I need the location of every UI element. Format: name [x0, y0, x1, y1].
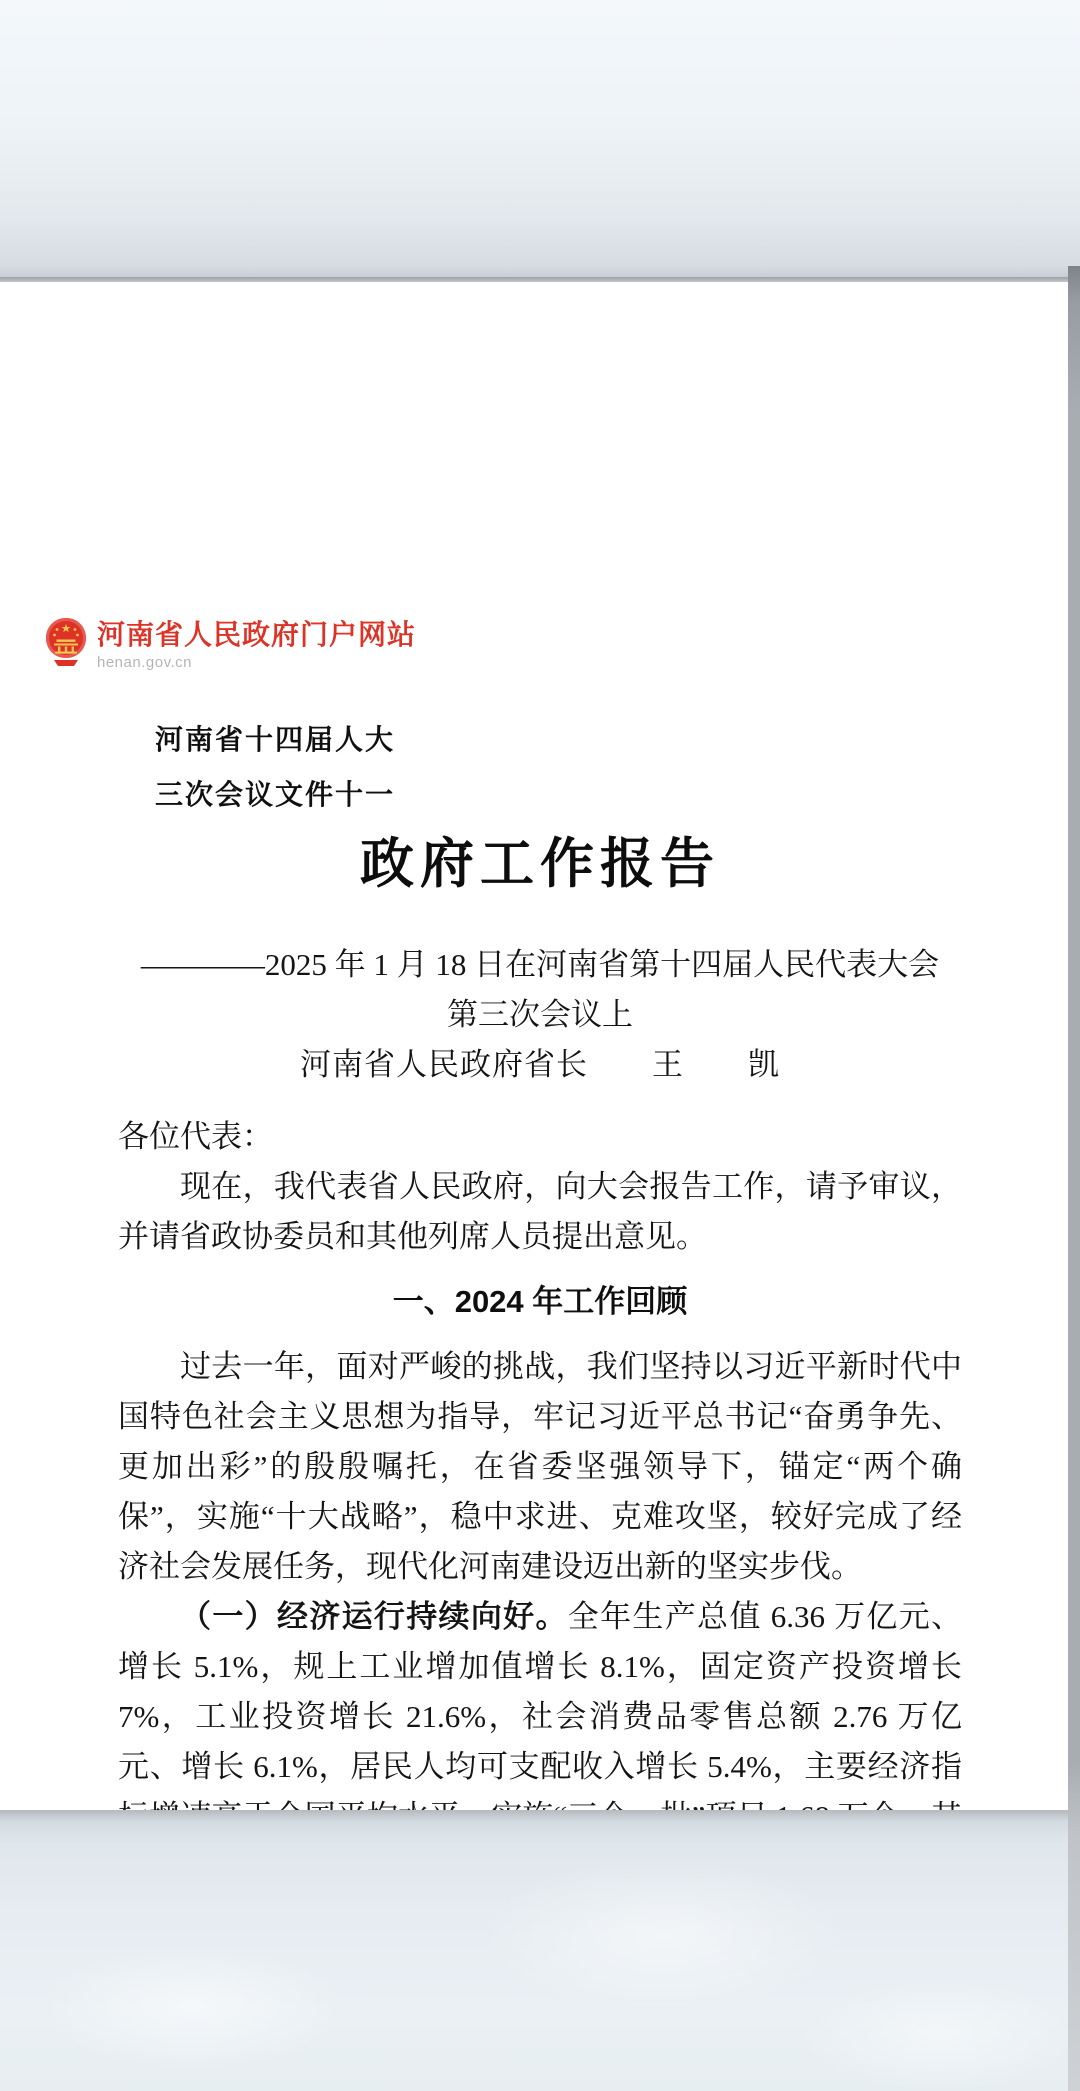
- site-masthead[interactable]: 河南省人民政府门户网站 henan.gov.cn: [44, 616, 416, 672]
- masthead-text: 河南省人民政府门户网站 henan.gov.cn: [97, 616, 416, 672]
- document-page: 河南省人民政府门户网站 henan.gov.cn 河南省十四届人大 三次会议文件…: [0, 282, 1068, 1810]
- file-label-line1: 河南省十四届人大: [155, 712, 395, 767]
- document-body: 政府工作报告 ————2025 年 1 月 18 日在河南省第十四届人民代表大会…: [118, 834, 962, 1942]
- site-domain: henan.gov.cn: [97, 654, 416, 672]
- top-gradient-band: [0, 0, 1080, 277]
- national-emblem-icon: [44, 616, 88, 668]
- page-edge-strip: [1068, 266, 1080, 2091]
- section-heading-2024-review: 一、2024 年工作回顾: [118, 1277, 962, 1327]
- screenshot-root: 河南省人民政府门户网站 henan.gov.cn 河南省十四届人大 三次会议文件…: [0, 0, 1080, 2091]
- salutation: 各位代表：: [118, 1112, 962, 1162]
- site-name: 河南省人民政府门户网站: [97, 618, 416, 652]
- document-file-labels: 河南省十四届人大 三次会议文件十一: [155, 712, 395, 822]
- bottom-texture-band: [0, 1810, 1068, 2091]
- paragraph-economy-lead: （一）经济运行持续向好。: [180, 1599, 568, 1634]
- paragraph-intro: 现在，我代表省人民政府，向大会报告工作，请予审议，并请省政协委员和其他列席人员提…: [118, 1162, 962, 1262]
- document-subtitle-line1: ————2025 年 1 月 18 日在河南省第十四届人民代表大会: [118, 940, 962, 990]
- paragraph-review: 过去一年，面对严峻的挑战，我们坚持以习近平新时代中国特色社会主义思想为指导，牢记…: [118, 1342, 962, 1592]
- document-byline: 河南省人民政府省长 王 凯: [118, 1040, 962, 1090]
- file-label-line2: 三次会议文件十一: [155, 767, 395, 822]
- document-subtitle-line2: 第三次会议上: [118, 990, 962, 1040]
- document-title: 政府工作报告: [118, 834, 962, 894]
